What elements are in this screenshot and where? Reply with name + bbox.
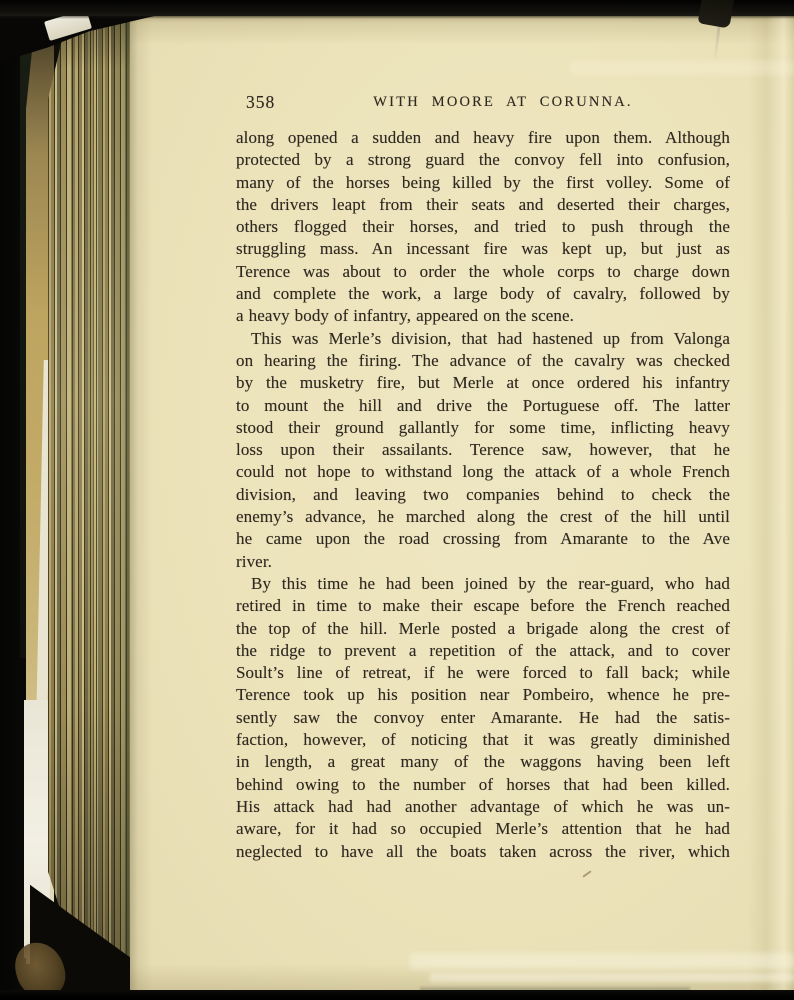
text-line: loss upon their assailants. Terence saw,…	[236, 439, 730, 461]
text-line: and complete the work, a large body of c…	[236, 283, 730, 305]
background-top-band	[0, 0, 794, 16]
text-line: he came upon the road crossing from Amar…	[236, 528, 730, 550]
text-line: aware, for it had so occupied Merle’s at…	[236, 818, 730, 840]
page-number: 358	[246, 92, 275, 113]
paper-sheen-streak	[410, 953, 794, 969]
text-line: river.	[236, 551, 730, 573]
text-line: by the musketry fire, but Merle at once …	[236, 372, 730, 394]
paper-sheen-streak	[570, 61, 794, 75]
text-line: His attack had had another advantage of …	[236, 796, 730, 818]
text-line: the drivers leapt from their seats and d…	[236, 194, 730, 216]
text-line: many of the horses being killed by the f…	[236, 172, 730, 194]
text-line: behind owing to the number of horses tha…	[236, 774, 730, 796]
text-line: By this time he had been joined by the r…	[236, 573, 730, 595]
text-line: a heavy body of infantry, appeared on th…	[236, 305, 730, 327]
text-line: division, and leaving two companies behi…	[236, 484, 730, 506]
text-line: retired in time to make their escape bef…	[236, 595, 730, 617]
text-line: struggling mass. An incessant fire was k…	[236, 238, 730, 260]
text-line: along opened a sudden and heavy fire upo…	[236, 127, 730, 149]
page-header: 358 WITH MOORE AT CORUNNA.	[236, 92, 730, 114]
text-line: the ridge to prevent a repetition of the…	[236, 640, 730, 662]
text-line: Soult’s line of retreat, if he were forc…	[236, 662, 730, 684]
text-line: could not hope to withstand long the att…	[236, 461, 730, 483]
text-line: to mount the hill and drive the Portugue…	[236, 395, 730, 417]
paper-blemish	[582, 870, 591, 877]
background-bottom-band	[0, 990, 794, 1000]
fore-edge-page-stack	[48, 11, 138, 989]
text-line: protected by a strong guard the convoy f…	[236, 149, 730, 171]
text-line: others flogged their horses, and tried t…	[236, 216, 730, 238]
paper-sheen-streak	[430, 973, 794, 982]
text-line: Terence was about to order the whole cor…	[236, 261, 730, 283]
running-header: WITH MOORE AT CORUNNA.	[373, 94, 632, 111]
text-line: This was Merle’s division, that had hast…	[236, 328, 730, 350]
text-line: enemy’s advance, he marched along the cr…	[236, 506, 730, 528]
book-page: 358 WITH MOORE AT CORUNNA. along opened …	[130, 13, 794, 990]
text-line: neglected to have all the boats taken ac…	[236, 841, 730, 863]
text-line: stood their ground gallantly for some ti…	[236, 417, 730, 439]
text-line: the top of the hill. Merle posted a brig…	[236, 618, 730, 640]
text-line: Terence took up his position near Pombei…	[236, 684, 730, 706]
text-line: in length, a great many of the waggons h…	[236, 751, 730, 773]
text-line: on hearing the firing. The advance of th…	[236, 350, 730, 372]
text-block: along opened a sudden and heavy fire upo…	[236, 127, 730, 863]
text-line: sently saw the convoy enter Amarante. He…	[236, 707, 730, 729]
text-line: faction, however, of noticing that it wa…	[236, 729, 730, 751]
